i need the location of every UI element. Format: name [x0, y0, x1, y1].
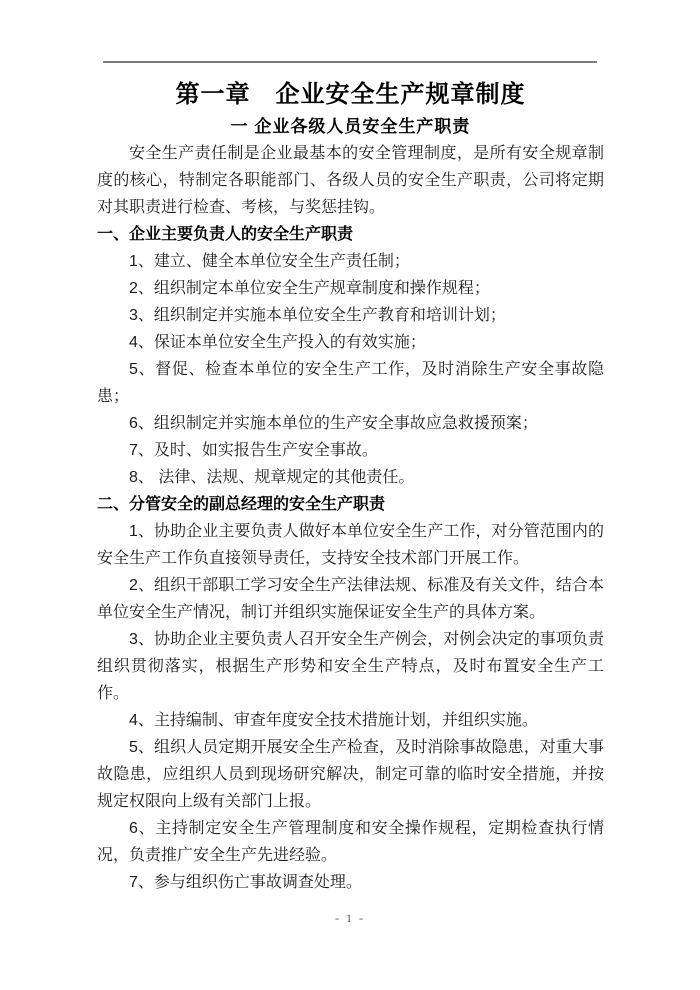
page-number: - 1 -: [0, 908, 700, 928]
list-item: 1、协助企业主要负责人做好本单位安全生产工作，对分管范围内的安全生产工作负直接领…: [97, 518, 604, 572]
list-item: 2、组织干部职工学习安全生产法律法规、标准及有关文件，结合本单位安全生产情况，制…: [97, 572, 604, 626]
sections-container: 一、企业主要负责人的安全生产职责1、建立、健全本单位安全生产责任制；2、组织制定…: [97, 221, 604, 896]
list-item: 6、主持制定安全生产管理制度和安全操作规程，定期检查执行情况，负责推广安全生产先…: [97, 815, 604, 869]
list-item: 2、组织制定本单位安全生产规章制度和操作规程；: [97, 275, 604, 302]
list-item: 4、保证本单位安全生产投入的有效实施；: [97, 329, 604, 356]
list-item: 6、组织制定并实施本单位的生产安全事故应急救援预案；: [97, 410, 604, 437]
document-page: 第一章 企业安全生产规章制度 一 企业各级人员安全生产职责 安全生产责任制是企业…: [0, 0, 700, 990]
page-title: 第一章 企业安全生产规章制度: [97, 76, 604, 114]
list-item: 7、及时、如实报告生产安全事故。: [97, 437, 604, 464]
list-item: 8、 法律、法规、规章规定的其他责任。: [97, 464, 604, 491]
list-item: 3、组织制定并实施本单位安全生产教育和培训计划；: [97, 302, 604, 329]
list-item: 5、督促、检查本单位的安全生产工作，及时消除生产安全事故隐患；: [97, 356, 604, 410]
list-item: 1、建立、健全本单位安全生产责任制；: [97, 248, 604, 275]
list-item: 3、协助企业主要负责人召开安全生产例会，对例会决定的事项负责组织贯彻落实，根据生…: [97, 626, 604, 707]
list-item: 5、组织人员定期开展安全生产检查，及时消除事故隐患，对重大事故隐患，应组织人员到…: [97, 734, 604, 815]
document-content: 第一章 企业安全生产规章制度 一 企业各级人员安全生产职责 安全生产责任制是企业…: [97, 76, 604, 896]
list-item: 4、主持编制、审查年度安全技术措施计划，并组织实施。: [97, 707, 604, 734]
page-subtitle: 一 企业各级人员安全生产职责: [97, 114, 604, 140]
header-rule: [103, 61, 597, 63]
section-heading: 一、企业主要负责人的安全生产职责: [97, 221, 604, 248]
list-item: 7、参与组织伤亡事故调查处理。: [97, 869, 604, 896]
intro-paragraph: 安全生产责任制是企业最基本的安全管理制度，是所有安全规章制度的核心，特制定各职能…: [97, 140, 604, 221]
section-heading: 二、分管安全的副总经理的安全生产职责: [97, 491, 604, 518]
